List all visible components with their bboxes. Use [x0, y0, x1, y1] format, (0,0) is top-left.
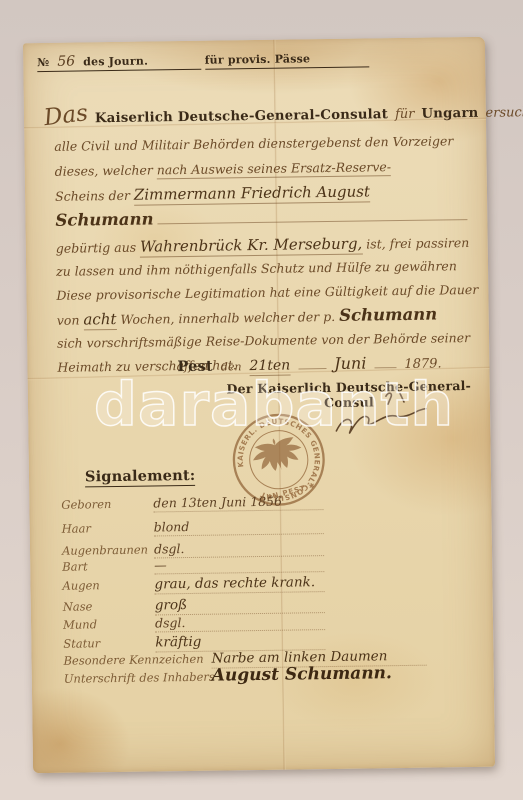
heading-print: Kaiserlich Deutsche-General-Consulat	[95, 107, 388, 126]
surname-repeat: Schumann	[339, 305, 437, 325]
signalement-row: Munddsgl.	[63, 613, 325, 634]
field-label: Mund	[63, 616, 155, 631]
letter-line: gebürtig aus Wahrenbrück Kr. Merseburg, …	[56, 233, 478, 257]
letter-heading: Das Kaiserlich Deutsche-General-Consulat…	[44, 97, 478, 129]
field-value: groß	[155, 595, 325, 615]
holder-signature: August Schumann.	[212, 663, 412, 687]
heading-print-country: Ungarn	[421, 106, 478, 122]
journal-number: 56	[49, 53, 83, 69]
dateline: Pest den 21ten Juni 1879.	[177, 352, 482, 377]
field-label: Statur	[63, 635, 155, 650]
holder-name-part: Zimmermann Friedrich August	[134, 182, 370, 205]
photo-of-document: №56des Journ. für provis. Pässe Das Kais…	[0, 0, 523, 800]
birthplace: Wahrenbrück Kr. Merseburg,	[140, 235, 362, 258]
dateline-year: 1879.	[404, 356, 441, 372]
letter-line: sich vorschriftsmäßige Reise-Dokumente v…	[57, 330, 479, 351]
signalement-row: Unterschrift des InhabersAugust Schumann…	[64, 663, 412, 689]
signalement-heading: Signalement:	[85, 467, 196, 488]
validity-duration: acht	[83, 310, 116, 330]
field-value: grau, das rechte krank.	[154, 574, 324, 594]
dateline-den: den	[221, 360, 242, 373]
field-value: den 13ten Juni 1856	[153, 493, 323, 512]
letter-line: von acht Wochen, innerhalb welcher der p…	[57, 304, 479, 329]
field-label: Unterschrift des Inhabers	[64, 670, 212, 686]
consul-signature-scribble	[328, 387, 459, 441]
letter-line: Diese provisorische Legitimation hat ein…	[56, 282, 478, 303]
signalement-row: Geborenden 13ten Juni 1856	[61, 493, 323, 514]
letter-line-name: Schumann	[55, 205, 477, 230]
imperial-eagle-icon	[249, 432, 306, 477]
field-label: Augenbraunen	[62, 542, 154, 557]
blank-rule	[157, 207, 467, 224]
dateline-place: Pest	[177, 358, 213, 375]
field-label: Geboren	[61, 496, 153, 511]
journal-line2: für provis. Pässe	[205, 52, 311, 66]
holder-surname: Schumann	[55, 209, 153, 229]
letter-line: dieses, welcher nach Ausweis seines Ersa…	[55, 158, 477, 179]
journal-number-note: №56des Journ. für provis. Pässe	[37, 50, 369, 72]
signalement-row: Bart—	[62, 555, 324, 576]
field-value: —	[154, 555, 324, 574]
field-label: Haar	[62, 520, 154, 535]
field-label: Augen	[62, 577, 154, 592]
signalement-row: Haarblond	[62, 517, 324, 538]
letter-line: Scheins der Zimmermann Friedrich August	[55, 181, 477, 205]
journal-line1: des Journ.	[83, 55, 148, 69]
field-value: dsgl.	[155, 613, 325, 632]
field-label: Nase	[63, 598, 155, 613]
calligraphic-initial: Das	[43, 100, 90, 131]
field-label: Bart	[62, 558, 154, 573]
signalement-row: Augengrau, das rechte krank.	[62, 574, 324, 596]
heading-hand-verb: ersucht	[485, 105, 523, 121]
field-value: blond	[154, 517, 324, 536]
heading-hand: für	[395, 107, 415, 122]
document-paper: №56des Journ. für provis. Pässe Das Kais…	[23, 37, 495, 773]
dateline-day: 21ten	[249, 358, 290, 377]
letter-line: alle Civil und Militair Behörden dienste…	[54, 133, 476, 154]
dateline-month: Juni	[334, 353, 366, 372]
letter-line: zu lassen und ihm nöthigenfalls Schutz u…	[56, 258, 478, 279]
journal-no-label: №	[37, 56, 49, 69]
